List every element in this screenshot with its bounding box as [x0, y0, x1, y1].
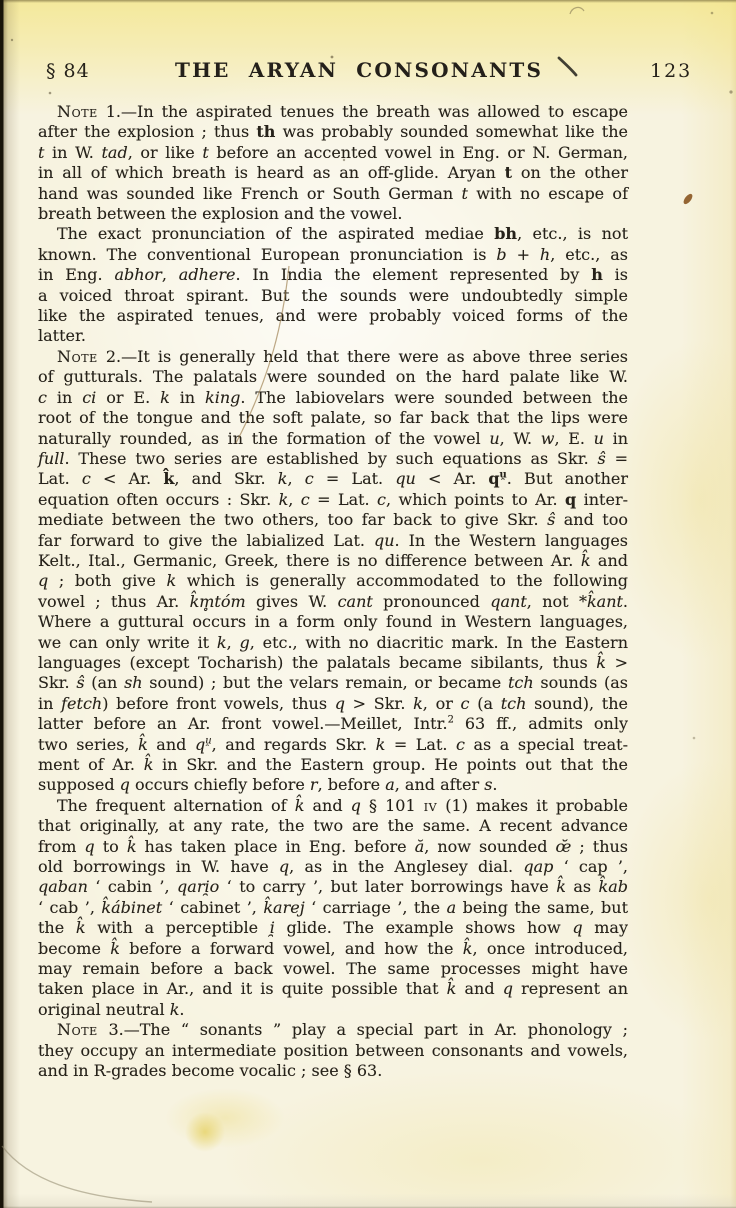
text-line: in all of which breath is heard as an of… [38, 163, 628, 183]
paragraph: Note 1.—In the aspirated tenues the brea… [38, 102, 628, 224]
text-line: t in W. tad, or like t before an accente… [38, 143, 628, 163]
text-line: two series, k̂ and qu̯, and regards Skr.… [38, 735, 628, 755]
text-line: that originally, at any rate, the two ar… [38, 816, 628, 836]
text-line: q ; both give k which is generally accom… [38, 571, 628, 591]
text-line: full. These two series are established b… [38, 449, 628, 469]
text-line: Kelt., Ital., Germanic, Greek, there is … [38, 551, 628, 571]
text-line: become k̂ before a forward vowel, and ho… [38, 939, 628, 959]
text-line: we can only write it k, g, etc., with no… [38, 633, 628, 653]
section-number: § 84 [46, 60, 90, 82]
page-header: § 84 THE ARYAN CONSONANTS 123 [0, 0, 736, 95]
text-line: after the explosion ; thus th was probab… [38, 122, 628, 142]
text-line: equation often occurs : Skr. k, c = Lat.… [38, 490, 628, 510]
text-line: a voiced throat spirant. But the sounds … [38, 286, 628, 306]
bottom-crease [2, 1146, 152, 1202]
page-number: 123 [650, 60, 692, 82]
text-line: breath between the explosion and the vow… [38, 204, 628, 224]
text-line: they occupy an intermediate position bet… [38, 1041, 628, 1061]
text-line: latter before an Ar. front vowel.—Meille… [38, 714, 628, 734]
text-line: like the aspirated tenues, and were prob… [38, 306, 628, 326]
text-line: The frequent alternation of k̂ and q § 1… [38, 796, 628, 816]
text-line: from q to k̂ has taken place in Eng. bef… [38, 837, 628, 857]
text-line: root of the tongue and the soft palate, … [38, 408, 628, 428]
text-line: vowel ; thus Ar. k̂m̥tóm gives W. cant p… [38, 592, 628, 612]
text-line: Lat. c < Ar. k̂, and Skr. k, c = Lat. qu… [38, 469, 628, 489]
paragraph: The frequent alternation of k̂ and q § 1… [38, 796, 628, 1020]
text-line: supposed q occurs chiefly before r, befo… [38, 775, 628, 795]
text-line: The exact pronunciation of the aspirated… [38, 224, 628, 244]
text-line: in Eng. abhor, adhere. In India the elem… [38, 265, 628, 285]
text-line: latter. [38, 326, 628, 346]
paragraph: The exact pronunciation of the aspirated… [38, 224, 628, 346]
text-line: ‘ cab ’, k̂ábinet ‘ cabinet ’, k̂arej ‘ … [38, 898, 628, 918]
text-line: languages (except Tocharish) the palatal… [38, 653, 628, 673]
paragraph: Note 3.—The “ sonants ” play a special p… [38, 1020, 628, 1081]
text-line: qaban ‘ cabin ’, qari̯o ‘ to carry ’, bu… [38, 877, 628, 897]
text-line: in fetch) before front vowels, thus q > … [38, 694, 628, 714]
text-line: original neutral k. [38, 1000, 628, 1020]
paper-fleck [682, 192, 694, 205]
text-line: naturally rounded, as in the formation o… [38, 429, 628, 449]
text-line: Note 3.—The “ sonants ” play a special p… [38, 1020, 628, 1040]
text-line: Note 1.—In the aspirated tenues the brea… [38, 102, 628, 122]
text-line: mediate between the two others, too far … [38, 510, 628, 530]
text-line: ment of Ar. k̂ in Skr. and the Eastern g… [38, 755, 628, 775]
paragraph: Note 2.—It is generally held that there … [38, 347, 628, 796]
text-line: old borrowings in W. have q, as in the A… [38, 857, 628, 877]
text-line: and in R-grades become vocalic ; see § 6… [38, 1061, 628, 1081]
text-block: Note 1.—In the aspirated tenues the brea… [38, 102, 628, 1082]
text-line: hand was sounded like French or South Ge… [38, 184, 628, 204]
text-line: the k̂ with a perceptible i̯ glide. The … [38, 918, 628, 938]
text-line: Where a guttural occurs in a form only f… [38, 612, 628, 632]
text-line: c in ci or E. k in king. The labiovelars… [38, 388, 628, 408]
text-line: of gutturals. The palatals were sounded … [38, 367, 628, 387]
text-line: far forward to give the labialized Lat. … [38, 531, 628, 551]
text-line: Note 2.—It is generally held that there … [38, 347, 628, 367]
text-line: known. The conventional European pronunc… [38, 245, 628, 265]
text-line: taken place in Ar., and it is quite poss… [38, 979, 628, 999]
running-title: THE ARYAN CONSONANTS [175, 58, 543, 82]
paper-speck [693, 737, 696, 740]
text-line: Skr. ŝ (an sh sound) ; but the velars re… [38, 673, 628, 693]
book-page: § 84 THE ARYAN CONSONANTS 123 Note 1.—In… [0, 0, 736, 1208]
text-line: may remain before a back vowel. The same… [38, 959, 628, 979]
